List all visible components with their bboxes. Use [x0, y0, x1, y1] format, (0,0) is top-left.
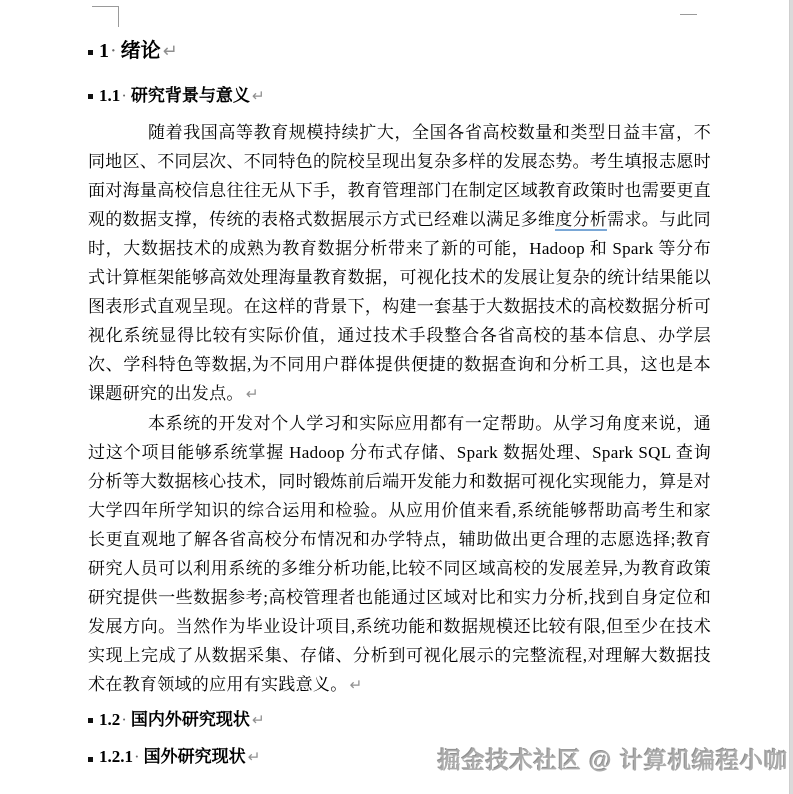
- heading-bullet-icon: [88, 718, 93, 723]
- paragraph-return-icon: ↵: [252, 87, 265, 105]
- heading-1-1-title: 研究背景与意义: [131, 86, 250, 105]
- heading-1-2-number: 1.2: [99, 710, 120, 729]
- text-boundary-mark-top-left: [92, 6, 119, 27]
- heading-bullet-icon: [88, 50, 93, 55]
- space-mark-icon: ·: [121, 86, 127, 105]
- heading-1-1-number: 1.1: [99, 86, 120, 105]
- paragraph-1: 随着我国高等教育规模持续扩大，全国各省高校数量和类型日益丰富，不同地区、不同层次…: [88, 118, 711, 409]
- heading-1-2-1-number: 1.2.1: [99, 747, 133, 766]
- text-boundary-mark-top-right: [680, 14, 697, 15]
- heading-1: 1·绪论↵: [88, 30, 711, 65]
- heading-1-1: 1.1·研究背景与意义↵: [88, 85, 711, 107]
- spellcheck-underlined-phrase: 度分析: [555, 210, 607, 231]
- document-content: 1·绪论↵ 1.1·研究背景与意义↵ 随着我国高等教育规模持续扩大，全国各省高校…: [88, 30, 711, 768]
- paragraph-return-icon: ↵: [252, 711, 265, 729]
- watermark-text: 掘金技术社区 @ 计算机编程小咖: [438, 742, 788, 775]
- paragraph-return-icon: ↵: [246, 385, 259, 403]
- space-mark-icon: ·: [121, 710, 127, 729]
- heading-1-2-title: 国内外研究现状: [131, 710, 250, 729]
- paragraph-1-text-continued: 需求。与此同时，大数据技术的成熟为教育数据分析带来了新的可能，Hadoop 和 …: [88, 210, 711, 403]
- space-mark-icon: ·: [110, 40, 117, 62]
- heading-1-title: 绪论: [121, 40, 161, 62]
- paragraph-return-icon: ↵: [163, 41, 178, 62]
- scrollbar-strip[interactable]: [789, 0, 793, 794]
- heading-bullet-icon: [88, 757, 93, 762]
- paragraph-return-icon: ↵: [248, 748, 261, 766]
- body-text-block: 随着我国高等教育规模持续扩大，全国各省高校数量和类型日益丰富，不同地区、不同层次…: [88, 118, 711, 700]
- paragraph-return-icon: ↵: [350, 676, 363, 694]
- heading-1-number: 1: [99, 40, 109, 62]
- paragraph-2-text: 本系统的开发对个人学习和实际应用都有一定帮助。从学习角度来说，通过这个项目能够系…: [88, 414, 711, 694]
- heading-1-2: 1.2·国内外研究现状↵: [88, 709, 711, 731]
- paragraph-2: 本系统的开发对个人学习和实际应用都有一定帮助。从学习角度来说，通过这个项目能够系…: [88, 409, 711, 700]
- document-page: 1·绪论↵ 1.1·研究背景与意义↵ 随着我国高等教育规模持续扩大，全国各省高校…: [0, 0, 793, 794]
- space-mark-icon: ·: [134, 747, 140, 766]
- heading-bullet-icon: [88, 94, 93, 99]
- heading-1-2-1-title: 国外研究现状: [144, 747, 246, 766]
